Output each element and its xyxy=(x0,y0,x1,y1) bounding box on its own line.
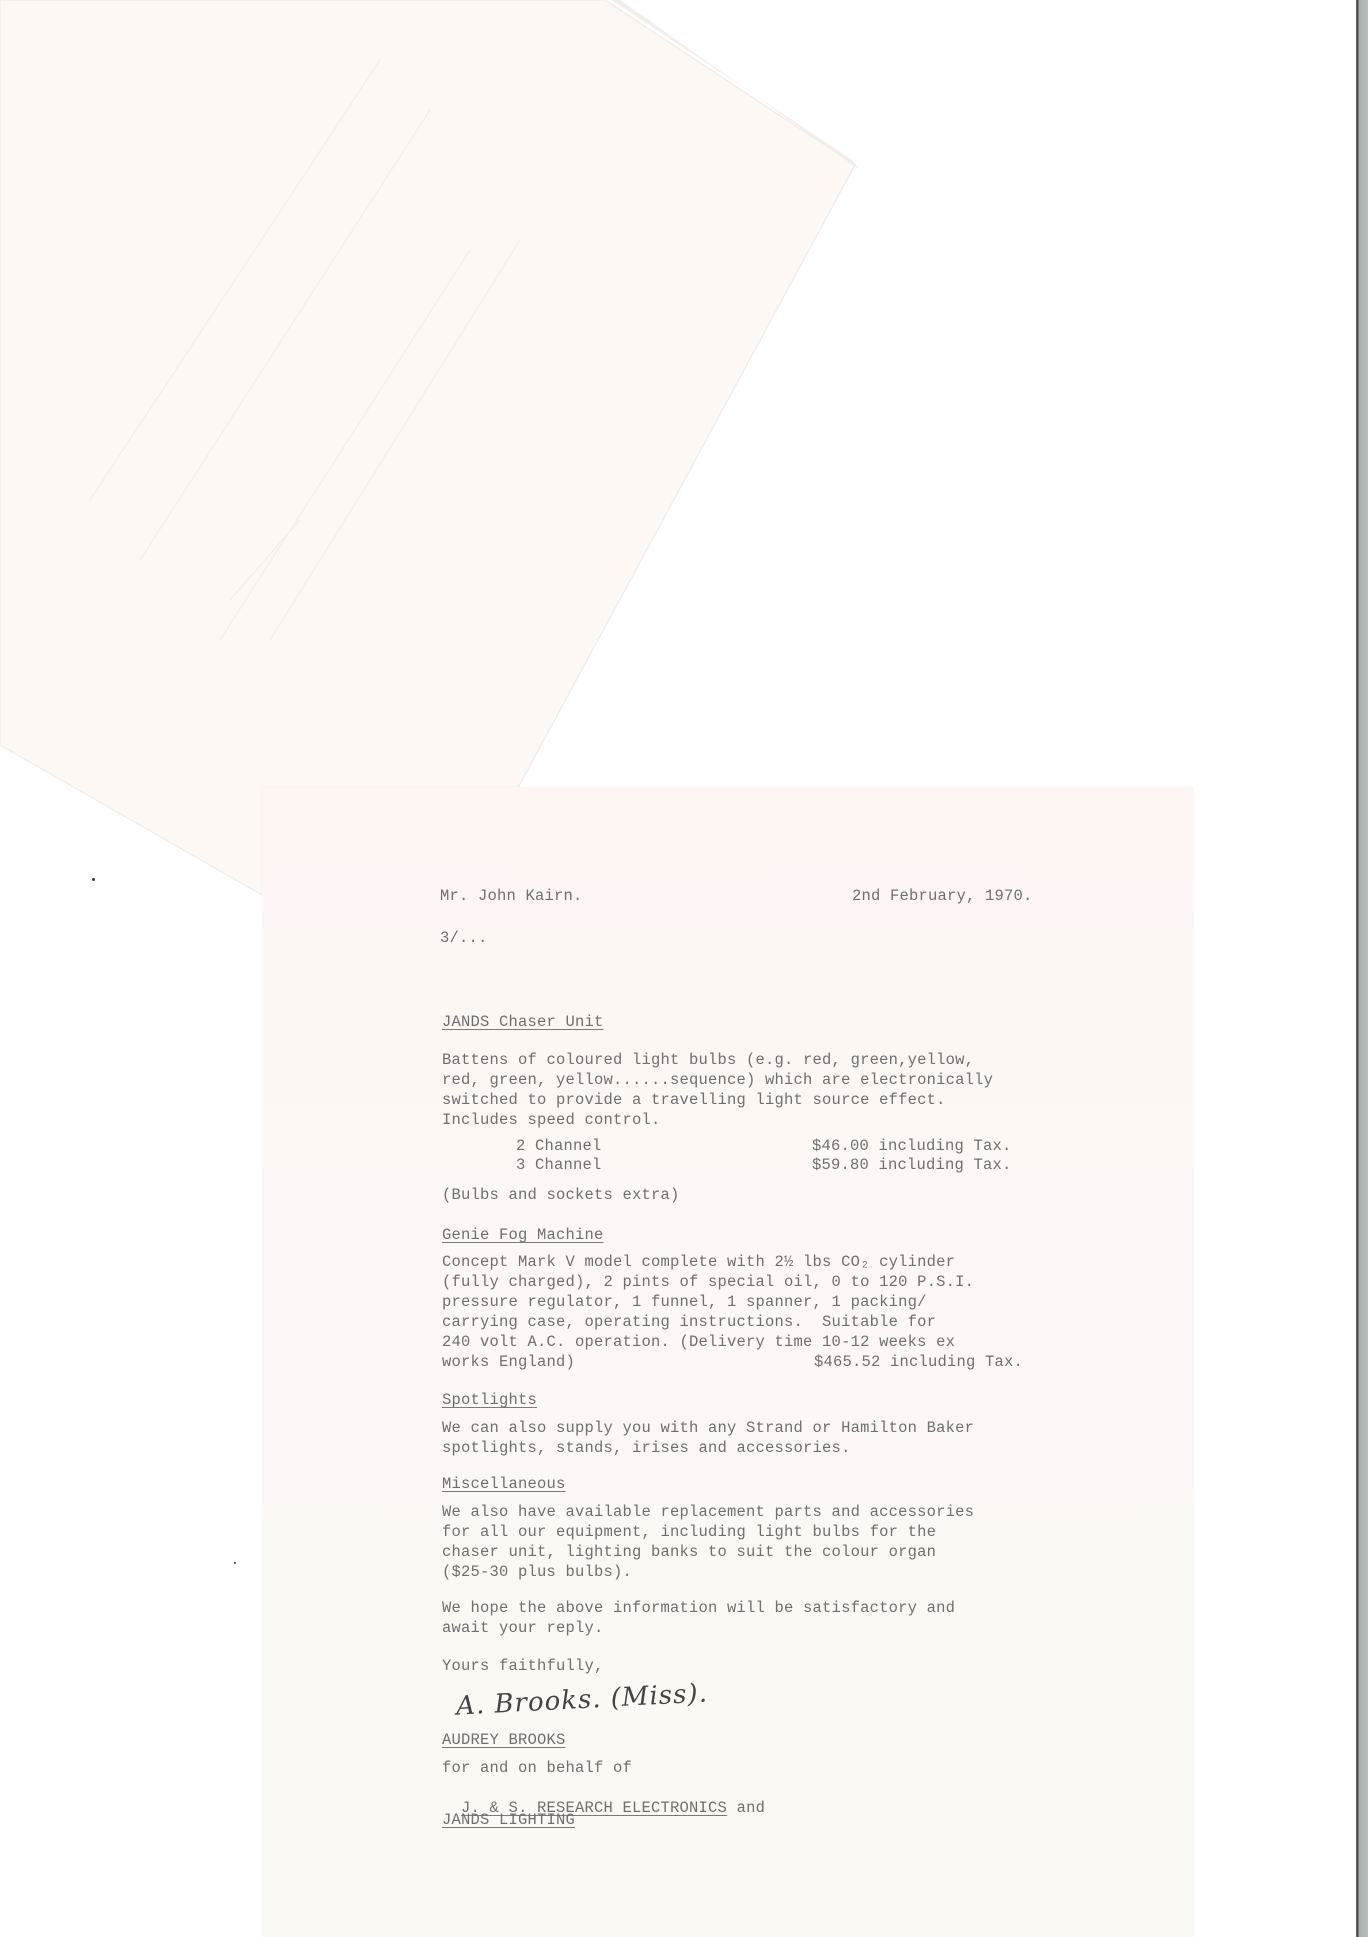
folded-back-sheet xyxy=(0,0,1368,900)
letter-date: 2nd February, 1970. xyxy=(852,886,1033,906)
section-heading-fog-machine: Genie Fog Machine xyxy=(442,1225,604,1245)
behalf-line: for and on behalf of xyxy=(442,1758,632,1778)
scanner-edge xyxy=(1356,0,1368,1937)
scan-speck xyxy=(234,1562,236,1564)
price-item-label: 3 Channel xyxy=(516,1155,602,1175)
section-heading-spotlights: Spotlights xyxy=(442,1390,537,1410)
signatory-name: AUDREY BROOKS xyxy=(442,1730,566,1750)
section-body-chaser-unit: Battens of coloured light bulbs (e.g. re… xyxy=(442,1050,993,1130)
section-body-miscellaneous: We also have available replacement parts… xyxy=(442,1502,974,1582)
fog-machine-price: $465.52 including Tax. xyxy=(814,1352,1023,1372)
page-reference: 3/... xyxy=(440,928,488,948)
sign-off: Yours faithfully, xyxy=(442,1656,604,1676)
company-name-jands-lighting: JANDS LIGHTING xyxy=(442,1810,575,1830)
section-heading-chaser-unit: JANDS Chaser Unit xyxy=(442,1012,604,1032)
company-joiner: and xyxy=(727,1799,765,1817)
section-body-spotlights: We can also supply you with any Strand o… xyxy=(442,1418,974,1458)
price-item-value: $59.80 including Tax. xyxy=(812,1155,1012,1175)
section-heading-miscellaneous: Miscellaneous xyxy=(442,1474,566,1494)
scan-speck xyxy=(92,878,95,881)
price-item-value: $46.00 including Tax. xyxy=(812,1136,1012,1156)
price-item-label: 2 Channel xyxy=(516,1136,602,1156)
section-note: (Bulbs and sockets extra) xyxy=(442,1185,680,1205)
closing-paragraph: We hope the above information will be sa… xyxy=(442,1598,955,1638)
recipient: Mr. John Kairn. xyxy=(440,886,583,906)
